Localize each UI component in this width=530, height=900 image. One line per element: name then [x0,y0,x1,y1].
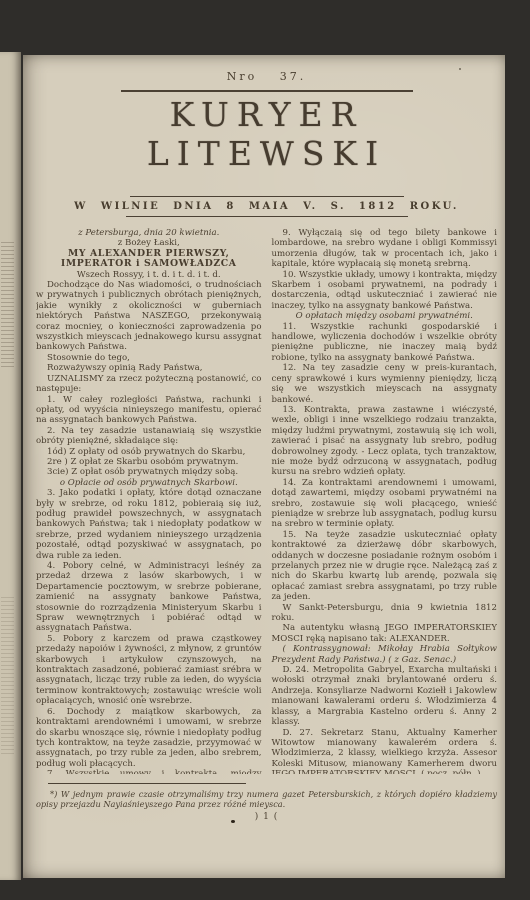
countersignature: ( Kontrassygnował: Mikołay Hrabia Sołtyk… [272,644,498,665]
paragraph: 13. Kontrakta, prawa zastawne i wiéczyst… [272,405,498,478]
dateline-rule-top [130,196,404,197]
header-rule [121,90,413,92]
section-heading: o Opłacie od osób prywatnych Skarbowi. [36,478,262,488]
left-column: z Petersburga, dnia 20 kwietnia. z Bożey… [36,228,262,774]
scan-background: { "colors": { "scan_background": "#2f2d2… [0,0,530,900]
paragraph: W Sankt-Petersburgu, dnia 9 kwietnia 181… [272,603,498,624]
paragraph: Rozważywszy opinią Rady Państwa, [36,363,262,373]
paragraph: UZNALISMY za rzecz pożyteczną postanowić… [36,374,262,395]
paragraph: 7. Wszystkie umowy i kontrakta, między S… [36,769,262,774]
imperial-heading: IMPERATOR i SAMOWŁADZCA [36,259,262,269]
paragraph: D. 24. Metropolita Gabryel, Exarcha mult… [272,665,498,727]
paragraph: 15. Na teyże zasadzie uskuteczniać opłat… [272,530,498,603]
newspaper-page: Nro 37. KURYER LITEWSKI W WILNIE DNIA 8 … [23,55,505,878]
paper-speck [459,68,461,70]
list-item: 3cie) Z opłat osób prywatnych między sob… [36,467,262,477]
paragraph: Na autentyku własną JEGO IMPERATORSKIEY … [272,623,498,644]
adjacent-page-text-marks [1,597,14,757]
right-column: 9. Wyłączaią się od tego bilety bankowe … [272,228,498,774]
paragraph: D. 27. Sekretarz Stanu, Aktualny Kamerhe… [272,728,498,775]
paragraph: 4. Pobory celné, w Administracyi leśnéy … [36,561,262,634]
article-columns: z Petersburga, dnia 20 kwietnia. z Bożey… [36,228,497,774]
dateline: W WILNIE DNIA 8 MAIA V. S. 1812 ROKU. [36,201,497,212]
dateline-rule-bottom [126,216,408,217]
paragraph: 12. Na tey zasadzie ceny w preis-kuranta… [272,363,498,405]
paragraph: 6. Dochody z maiątkow skarbowych, za kon… [36,707,262,769]
paragraph: Stosownie do tego, [36,353,262,363]
paragraph: 9. Wyłączaią się od tego bilety bankowe … [272,228,498,270]
issue-number: Nro 37. [36,70,497,83]
adjacent-page-text-marks [1,242,14,367]
paragraph: 5. Pobory z karczem od prawa cząstkowey … [36,634,262,707]
paper-speck [141,695,143,697]
paper-speck [231,820,235,823]
footnote-rule [48,783,246,784]
footnote: *) W jednym prawie czasie otrzymaliśmy t… [36,789,497,809]
paragraph: 3. Jako podatki i opłaty, które dotąd oz… [36,488,262,561]
page-number: ) 1 ( [36,812,497,822]
dateline-origin: z Petersburga, dnia 20 kwietnia. [36,228,262,238]
list-item: 1ód) Z opłaty od osób prywatnych do Skar… [36,447,262,457]
paragraph: 14. Za kontraktami arendownemi i umowami… [272,478,498,530]
section-heading: O opłatach między osobami prywatnémi. [272,311,498,321]
paragraph: Dochodzące do Nas wiadomości, o trudnośc… [36,280,262,353]
adjacent-page-edge [0,52,21,880]
paragraph: 1. W całey rozległości Państwa, rachunki… [36,395,262,426]
newspaper-title: KURYER LITEWSKI [36,95,497,173]
paragraph: 2. Na tey zasadzie ustanawiaią się wszys… [36,426,262,447]
paragraph: 10. Wszystkie układy, umowy i kontrakta,… [272,270,498,312]
paragraph: Wszech Rossyy, i t. d. i t. d. i t. d. [36,270,262,280]
list-item: 2re ) Z opłat ze Skarbu osobóm prywatnym… [36,457,262,467]
paragraph: 11. Wszystkie rachunki gospodarskié i ha… [272,322,498,364]
